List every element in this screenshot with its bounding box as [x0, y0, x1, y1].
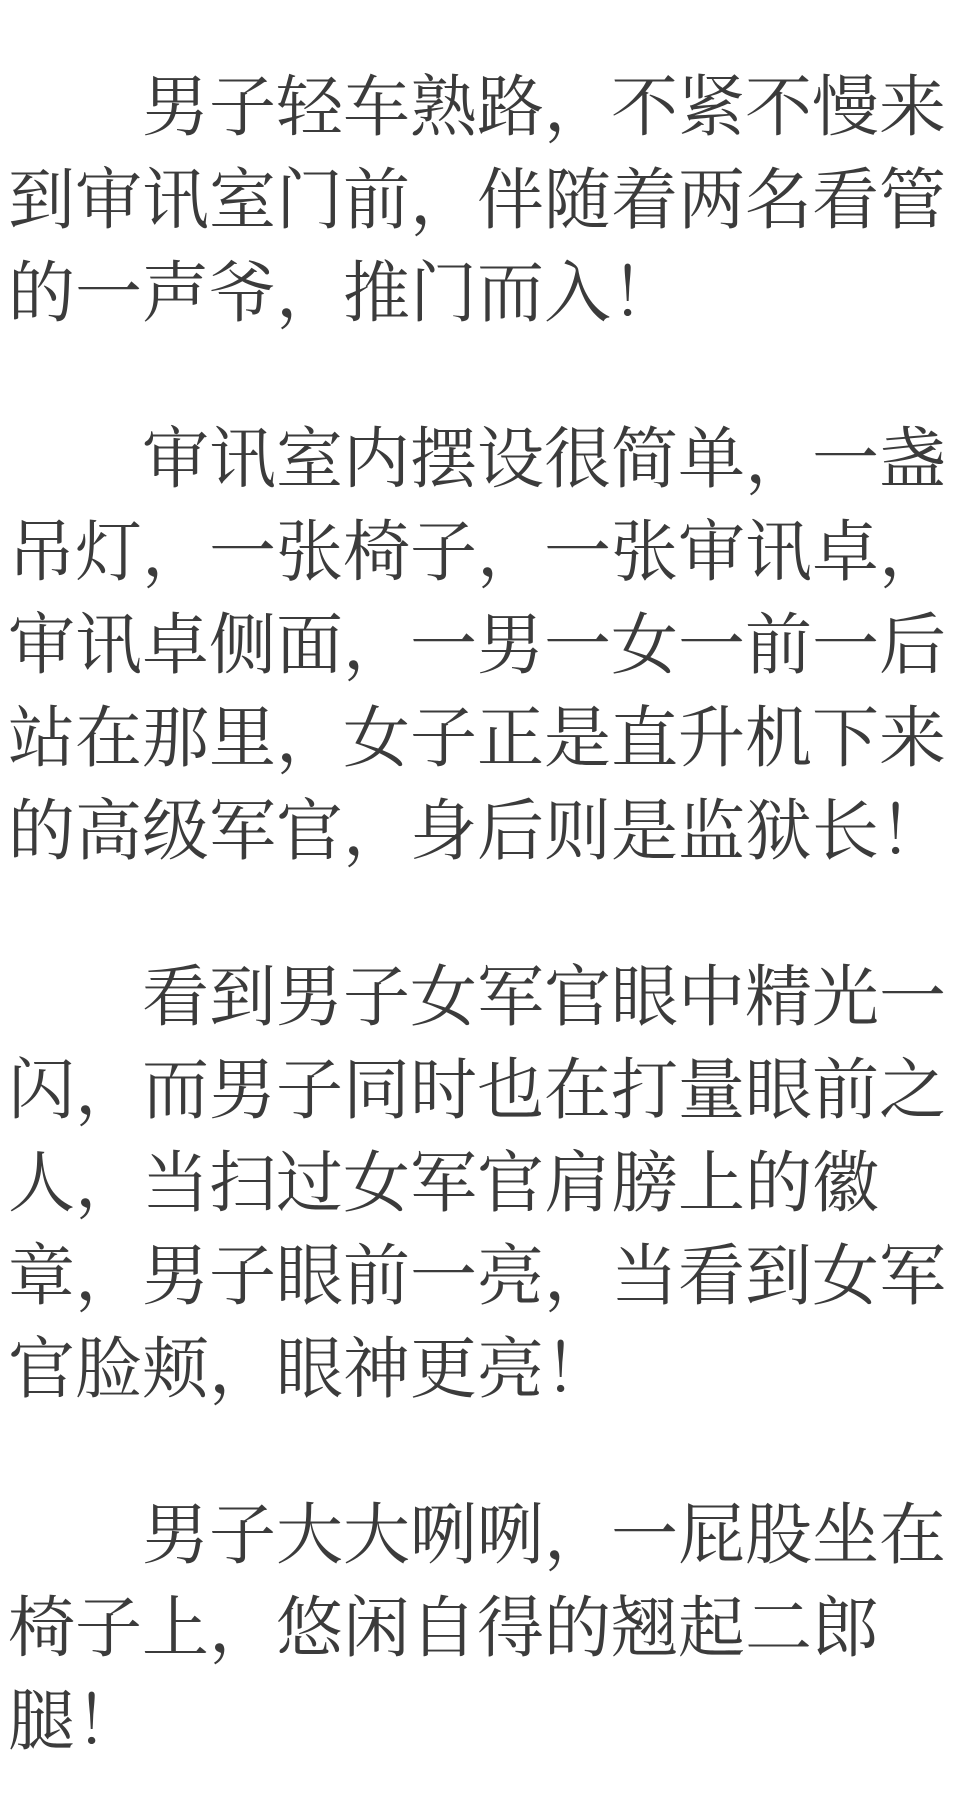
novel-paragraph: 审讯室内摆设很简单，一盏吊灯，一张椅子，一张审讯卓，审讯卓侧面，一男一女一前一后… [8, 414, 952, 879]
novel-paragraph: 男子大大咧咧，一屁股坐在椅子上，悠闲自得的翘起二郎腿！ [8, 1490, 952, 1769]
novel-paragraph: 看到男子女军官眼中精光一闪，而男子同时也在打量眼前之人，当扫过女军官肩膀上的徽章… [8, 952, 952, 1417]
reading-page[interactable]: 男子轻车熟路，不紧不慢来到审讯室门前，伴随着两名看管的一声爷，推门而入！ 审讯室… [0, 0, 960, 1800]
novel-paragraph: 男子轻车熟路，不紧不慢来到审讯室门前，伴随着两名看管的一声爷，推门而入！ [8, 62, 952, 341]
